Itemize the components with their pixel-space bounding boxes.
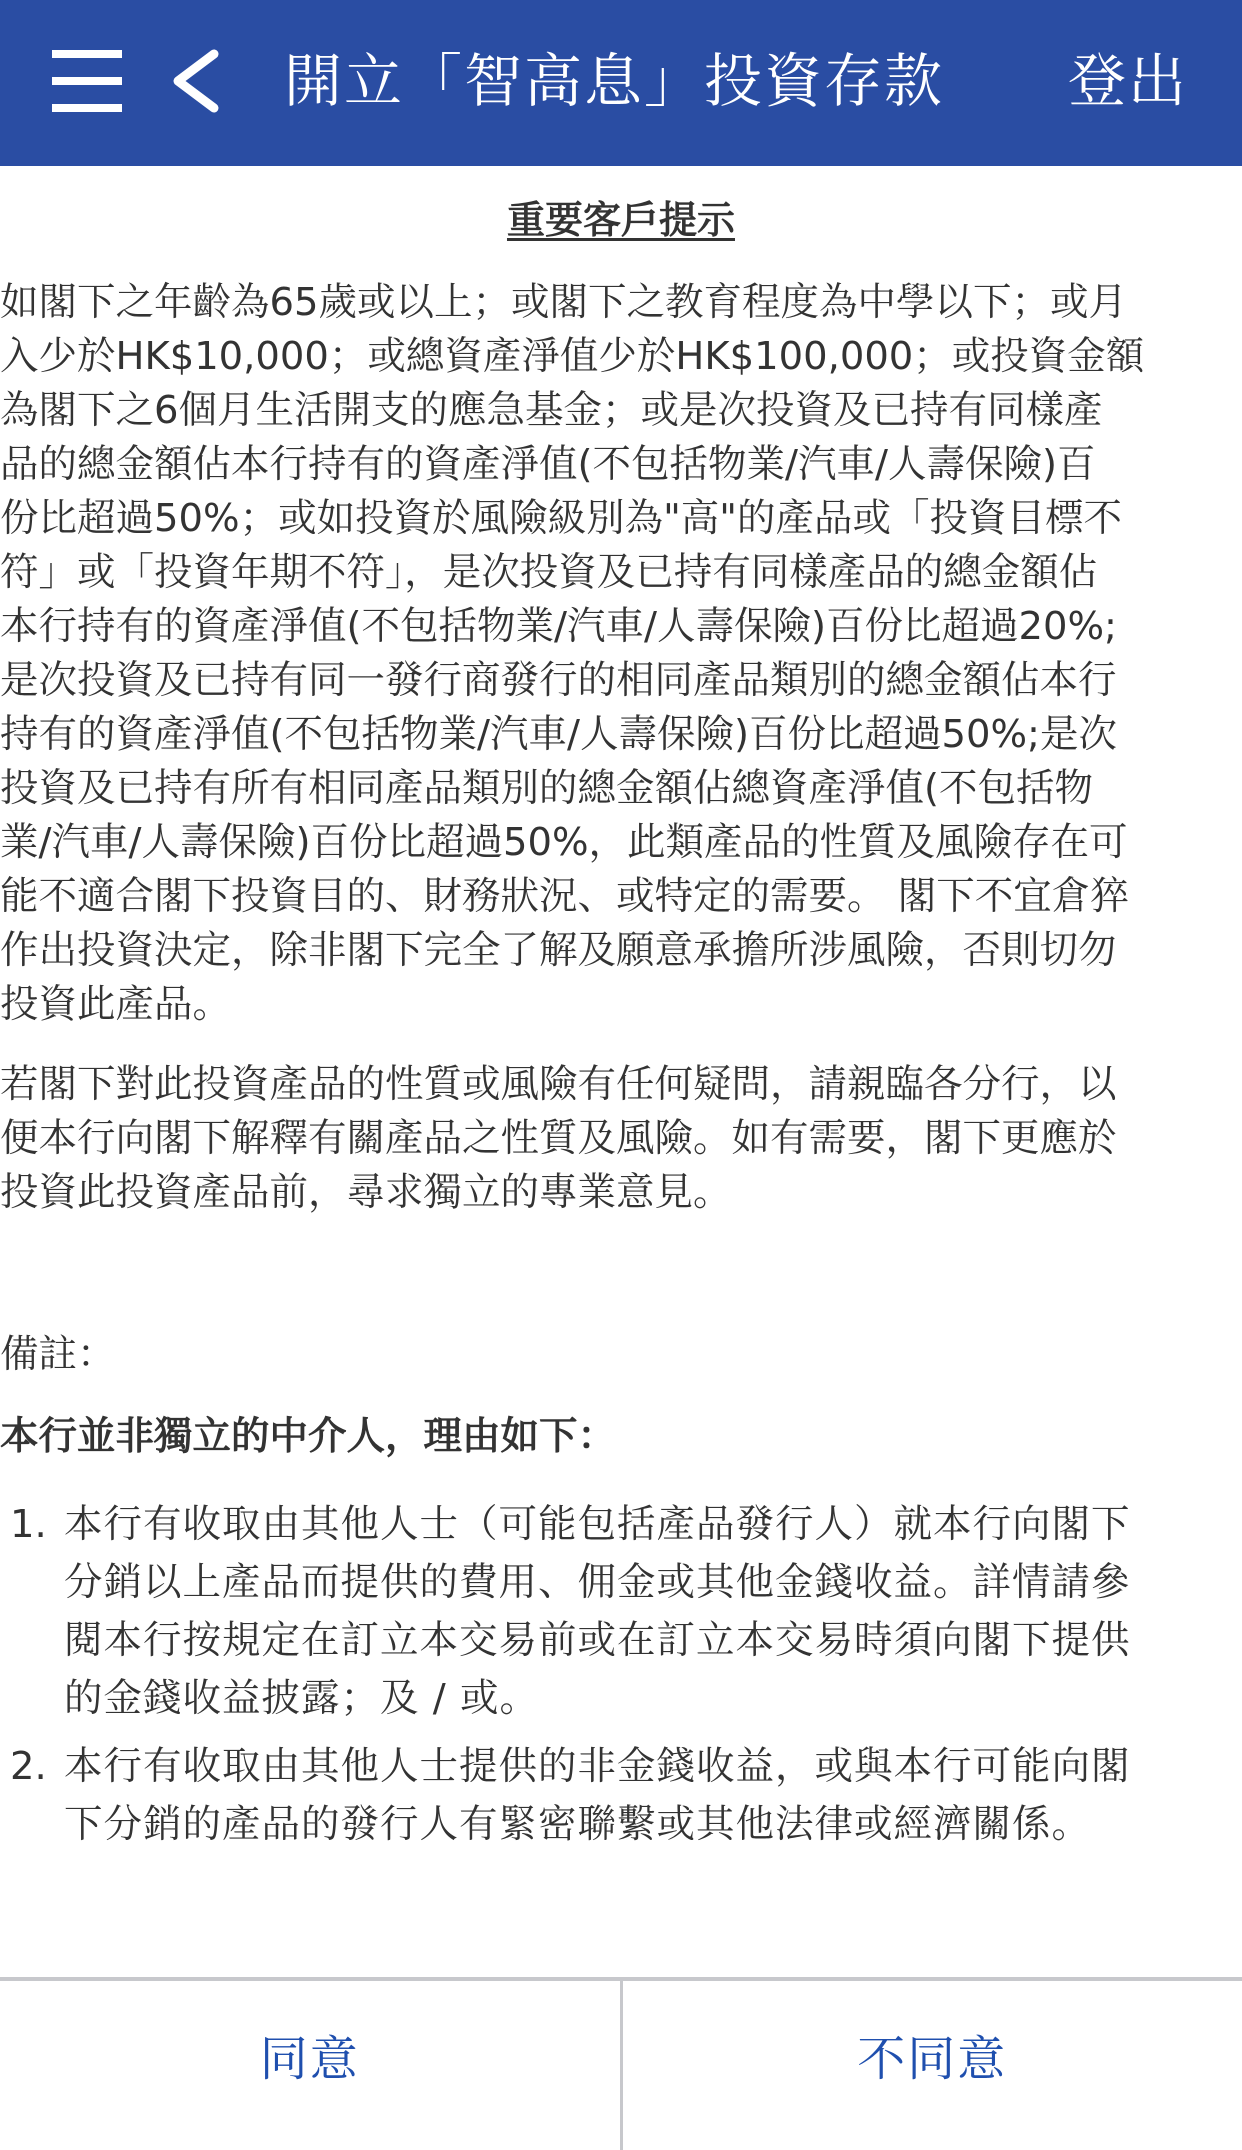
heading-text: 重要客戶提示 [507, 198, 735, 242]
text-line: 投資及已持有所有相同產品類別的總金額佔總資產淨值(不包括物 [0, 762, 1242, 816]
text-line: 符」或「投資年期不符」，是次投資及已持有同樣產品的總金額佔 [0, 546, 1242, 600]
text-line: 便本行向閣下解釋有關產品之性質及風險。如有需要，閣下更應於 [0, 1112, 1242, 1166]
text-line: 分銷以上產品而提供的費用、佣金或其他金錢收益。詳情請參 [64, 1554, 1131, 1612]
text-line: 本行有收取由其他人士（可能包括產品發行人）就本行向閣下 [64, 1496, 1131, 1554]
text-line: 閱本行按規定在訂立本交易前或在訂立本交易時須向閣下提供 [64, 1612, 1131, 1670]
text-line: 業/汽車/人壽保險)百份比超過50%，此類產品的性質及風險存在可 [0, 816, 1242, 870]
disclaimer-content: 重要客戶提示 如閣下之年齡為65歲或以上；或閣下之教育程度為中學以下；或月 入少… [0, 166, 1242, 1976]
action-footer: 同意 不同意 [0, 1977, 1242, 2150]
text-line: 下分銷的產品的發行人有緊密聯繫或其他法律或經濟關係。 [64, 1796, 1131, 1854]
text-line: 的金錢收益披露；及 / 或。 [64, 1670, 1131, 1728]
text-line: 作出投資決定，除非閣下完全了解及願意承擔所涉風險，否則切勿 [0, 924, 1242, 978]
agree-button[interactable]: 同意 [0, 1981, 620, 2150]
list-item-text: 本行有收取由其他人士（可能包括產品發行人）就本行向閣下 分銷以上產品而提供的費用… [64, 1496, 1131, 1728]
text-line: 投資此投資產品前，尋求獨立的專業意見。 [0, 1166, 1242, 1220]
menu-button[interactable] [52, 50, 122, 112]
disagree-button[interactable]: 不同意 [623, 1981, 1242, 2150]
not-independent-intermediary-heading: 本行並非獨立的中介人，理由如下： [0, 1410, 616, 1464]
text-line: 入少於HK$10,000；或總資產淨值少於HK$100,000；或投資金額 [0, 330, 1242, 384]
text-line: 如閣下之年齡為65歲或以上；或閣下之教育程度為中學以下；或月 [0, 276, 1242, 330]
remarks-label: 備註： [0, 1328, 116, 1382]
text-line: 能不適合閣下投資目的、財務狀況、或特定的需要。 閣下不宜倉猝 [0, 870, 1242, 924]
text-line: 品的總金額佔本行持有的資產淨值(不包括物業/汽車/人壽保險)百 [0, 438, 1242, 492]
important-notice-heading: 重要客戶提示 [0, 194, 1242, 246]
logout-button[interactable]: 登出 [1068, 44, 1188, 118]
text-line: 若閣下對此投資產品的性質或風險有任何疑問，請親臨各分行，以 [0, 1058, 1242, 1112]
list-number: 2. [10, 1738, 47, 1796]
text-line: 持有的資產淨值(不包括物業/汽車/人壽保險)百份比超過50%;是次 [0, 708, 1242, 762]
app-header: 開立「智高息」投資存款 登出 [0, 0, 1242, 166]
list-item-text: 本行有收取由其他人士提供的非金錢收益，或與本行可能向閣 下分銷的產品的發行人有緊… [64, 1738, 1131, 1854]
text-line: 份比超過50%；或如投資於風險級別為"高"的產品或「投資目標不 [0, 492, 1242, 546]
text-line: 是次投資及已持有同一發行商發行的相同產品類別的總金額佔本行 [0, 654, 1242, 708]
page-title: 開立「智高息」投資存款 [284, 44, 944, 118]
chevron-left-icon [166, 46, 226, 116]
risk-warning-paragraph: 如閣下之年齡為65歲或以上；或閣下之教育程度為中學以下；或月 入少於HK$10,… [0, 276, 1242, 1032]
text-line: 本行有收取由其他人士提供的非金錢收益，或與本行可能向閣 [64, 1738, 1131, 1796]
text-line: 投資此產品。 [0, 978, 1242, 1032]
text-line: 為閣下之6個月生活開支的應急基金；或是次投資及已持有同樣產 [0, 384, 1242, 438]
back-button[interactable] [166, 46, 226, 116]
list-number: 1. [10, 1496, 47, 1554]
text-line: 本行持有的資產淨值(不包括物業/汽車/人壽保險)百份比超過20%; [0, 600, 1242, 654]
advice-paragraph: 若閣下對此投資產品的性質或風險有任何疑問，請親臨各分行，以 便本行向閣下解釋有關… [0, 1058, 1242, 1220]
